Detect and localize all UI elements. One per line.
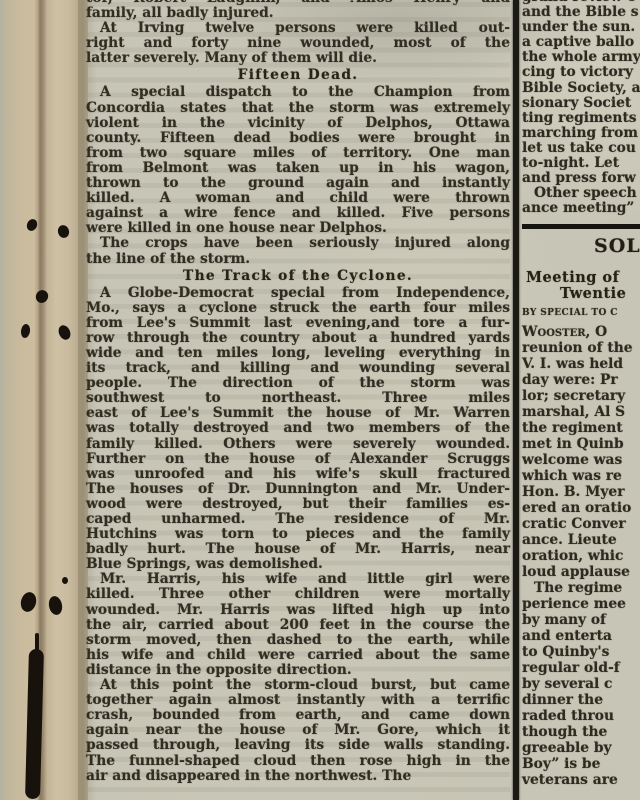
text-line: family killed. Others were severely woun… <box>86 437 510 452</box>
left-article-column: tor, Robert Laughlin, and Amos Henry and… <box>86 0 510 784</box>
text-line: ting regiments <box>522 111 640 126</box>
text-line: from two square miles of territory. One … <box>86 146 510 161</box>
text-line: day were: Pr <box>522 372 640 388</box>
text-line: raded throu <box>522 708 640 724</box>
text-line: people. The direction of the storm was <box>86 376 510 391</box>
newspaper-scan-photo: { "page": { "kind": "antique newspaper p… <box>0 0 640 800</box>
text-line: storm moved, then dashed to the earth, w… <box>86 633 510 648</box>
text-line: oration, whic <box>522 548 640 564</box>
text-line: violent in the vicinity of Delphos, Otta… <box>86 116 510 131</box>
text-line: the whole army <box>522 50 640 65</box>
text-line: sionary Societ <box>522 96 640 111</box>
text-line: again near the house of Mr. Gore, which … <box>86 723 510 738</box>
text-line: distance in the opposite direction. <box>86 663 510 678</box>
text-line: Hutchins was torn to pieces and the fami… <box>86 527 510 542</box>
text-line: air and disappeared in the northwest. Th… <box>86 769 510 784</box>
text-line: wood were destroyed, but their families … <box>86 497 510 512</box>
text-line: regular old-f <box>522 660 640 676</box>
text-line: lor; secretary <box>522 388 640 404</box>
text-line: the air, carried about 200 feet in the c… <box>86 618 510 633</box>
text-line: Further on the house of Alexander Scrugg… <box>86 452 510 467</box>
text-line: and enterta <box>522 628 640 644</box>
text-line: Bible Society, a <box>522 81 640 96</box>
text-line: badly hurt. The house of Mr. Harris, nea… <box>86 542 510 557</box>
text-line: A Globe-Democrat special from Independen… <box>86 286 510 301</box>
text-line: was totally destroyed and two members of… <box>86 421 510 436</box>
text-line: Twentie <box>522 286 640 302</box>
text-line: Mo., says a cyclone struck the earth fou… <box>86 301 510 316</box>
text-line: At this point the storm-cloud burst, but… <box>86 678 510 693</box>
text-line: dinner the <box>522 692 640 708</box>
text-line: his wife and child were carried about th… <box>86 648 510 663</box>
text-line: welcome was <box>522 452 640 468</box>
text-line: The regime <box>522 580 640 596</box>
text-line: ance. Lieute <box>522 532 640 548</box>
section-heading: Fifteen Dead. <box>86 67 510 84</box>
text-line: loud applause <box>522 564 640 580</box>
text-line: ance meeting” <box>522 201 640 216</box>
text-line: a captive ballo <box>522 35 640 50</box>
text-line: to-night. Let <box>522 156 640 171</box>
text-line: from Lee's Summit last evening,and tore … <box>86 316 510 331</box>
text-line: county. Fifteen dead bodies were brought… <box>86 131 510 146</box>
text-line: ered an oratio <box>522 500 640 516</box>
text-line: from Belmont was taken up in his wagon, <box>86 161 510 176</box>
text-line: its track, and killing and wounding seve… <box>86 361 510 376</box>
text-line: Boy” is be <box>522 756 640 772</box>
text-line: The houses of Dr. Dunnington and Mr. Und… <box>86 482 510 497</box>
text-line: and the Bible s <box>522 5 640 20</box>
right-article-column: grand review oand the Bible sunder the s… <box>522 0 640 788</box>
text-line: and press forw <box>522 171 640 186</box>
text-line: wounded. Mr. Harris was lifted high up i… <box>86 603 510 618</box>
text-line: passed through, leaving its side walls s… <box>86 738 510 753</box>
text-line: wide and ten miles long, leveling everyt… <box>86 346 510 361</box>
text-line: right and forty nine wounded, most of th… <box>86 36 510 51</box>
text-line: to Quinby's <box>522 644 640 660</box>
text-line: At Irving twelve persons were killed out… <box>86 21 510 36</box>
text-line: Hon. B. Myer <box>522 484 640 500</box>
text-line: A special dispatch to the Champion from <box>86 85 510 100</box>
text-line: cratic Conver <box>522 516 640 532</box>
text-line: veterans are <box>522 772 640 788</box>
text-line: met in Quinb <box>522 436 640 452</box>
ink-speck <box>62 577 68 584</box>
text-line: the regiment <box>522 420 640 436</box>
text-line: Blue Springs, was demolished. <box>86 557 510 572</box>
text-line: Other speech <box>522 186 640 201</box>
section-heading: The Track of the Cyclone. <box>86 268 510 285</box>
text-line: SOL <box>522 235 640 257</box>
text-line: Wooster, O <box>522 324 640 340</box>
text-line: perience mee <box>522 596 640 612</box>
text-line: greeable by <box>522 740 640 756</box>
text-line: southwest to northeast. Three miles <box>86 391 510 406</box>
text-line: Mr. Harris, his wife and little girl wer… <box>86 572 510 587</box>
column-divider-rule <box>513 0 519 800</box>
text-line: cing to victory <box>522 65 640 80</box>
text-line: against a wire fence and killed. Five pe… <box>86 206 510 221</box>
text-line: thrown to the ground again and instantly <box>86 176 510 191</box>
page-left-margin <box>0 0 88 800</box>
text-line: marshal, Al S <box>522 404 640 420</box>
text-line: The funnel-shaped cloud then rose high i… <box>86 754 510 769</box>
text-line: family, all badly injured. <box>86 6 510 21</box>
text-line: row through the country about a hundred … <box>86 331 510 346</box>
text-line: let us take cou <box>522 141 640 156</box>
text-line: reunion of the <box>522 340 640 356</box>
horizontal-rule <box>522 224 640 229</box>
text-line: marching from <box>522 126 640 141</box>
text-line: BY SPECIAL TO C <box>522 308 640 319</box>
text-line: killed. Three other children were mortal… <box>86 587 510 602</box>
text-line: were killed in one house near Delphos. <box>86 221 510 236</box>
text-line: which was re <box>522 468 640 484</box>
text-line: east of Lee's Summit the house of Mr. Wa… <box>86 406 510 421</box>
text-line: caped unharmed. The residence of Mr. <box>86 512 510 527</box>
text-line: crash, bounded from earth, and came down <box>86 708 510 723</box>
text-line: The crops have been seriously injured al… <box>86 236 510 251</box>
text-line: together again almost instantly with a t… <box>86 693 510 708</box>
text-line: under the sun. <box>522 20 640 35</box>
text-line: by many of <box>522 612 640 628</box>
text-line: latter severely. Many of them will die. <box>86 51 510 66</box>
text-line: by several c <box>522 676 640 692</box>
text-line: though the <box>522 724 640 740</box>
text-line: the line of the storm. <box>86 252 510 267</box>
text-line: was unroofed and his wife's skull fractu… <box>86 467 510 482</box>
text-line: killed. A woman and child were thrown <box>86 191 510 206</box>
text-line: Concordia states that the storm was extr… <box>86 101 510 116</box>
text-line: Meeting of <box>522 270 640 286</box>
text-line: V. I. was held <box>522 356 640 372</box>
